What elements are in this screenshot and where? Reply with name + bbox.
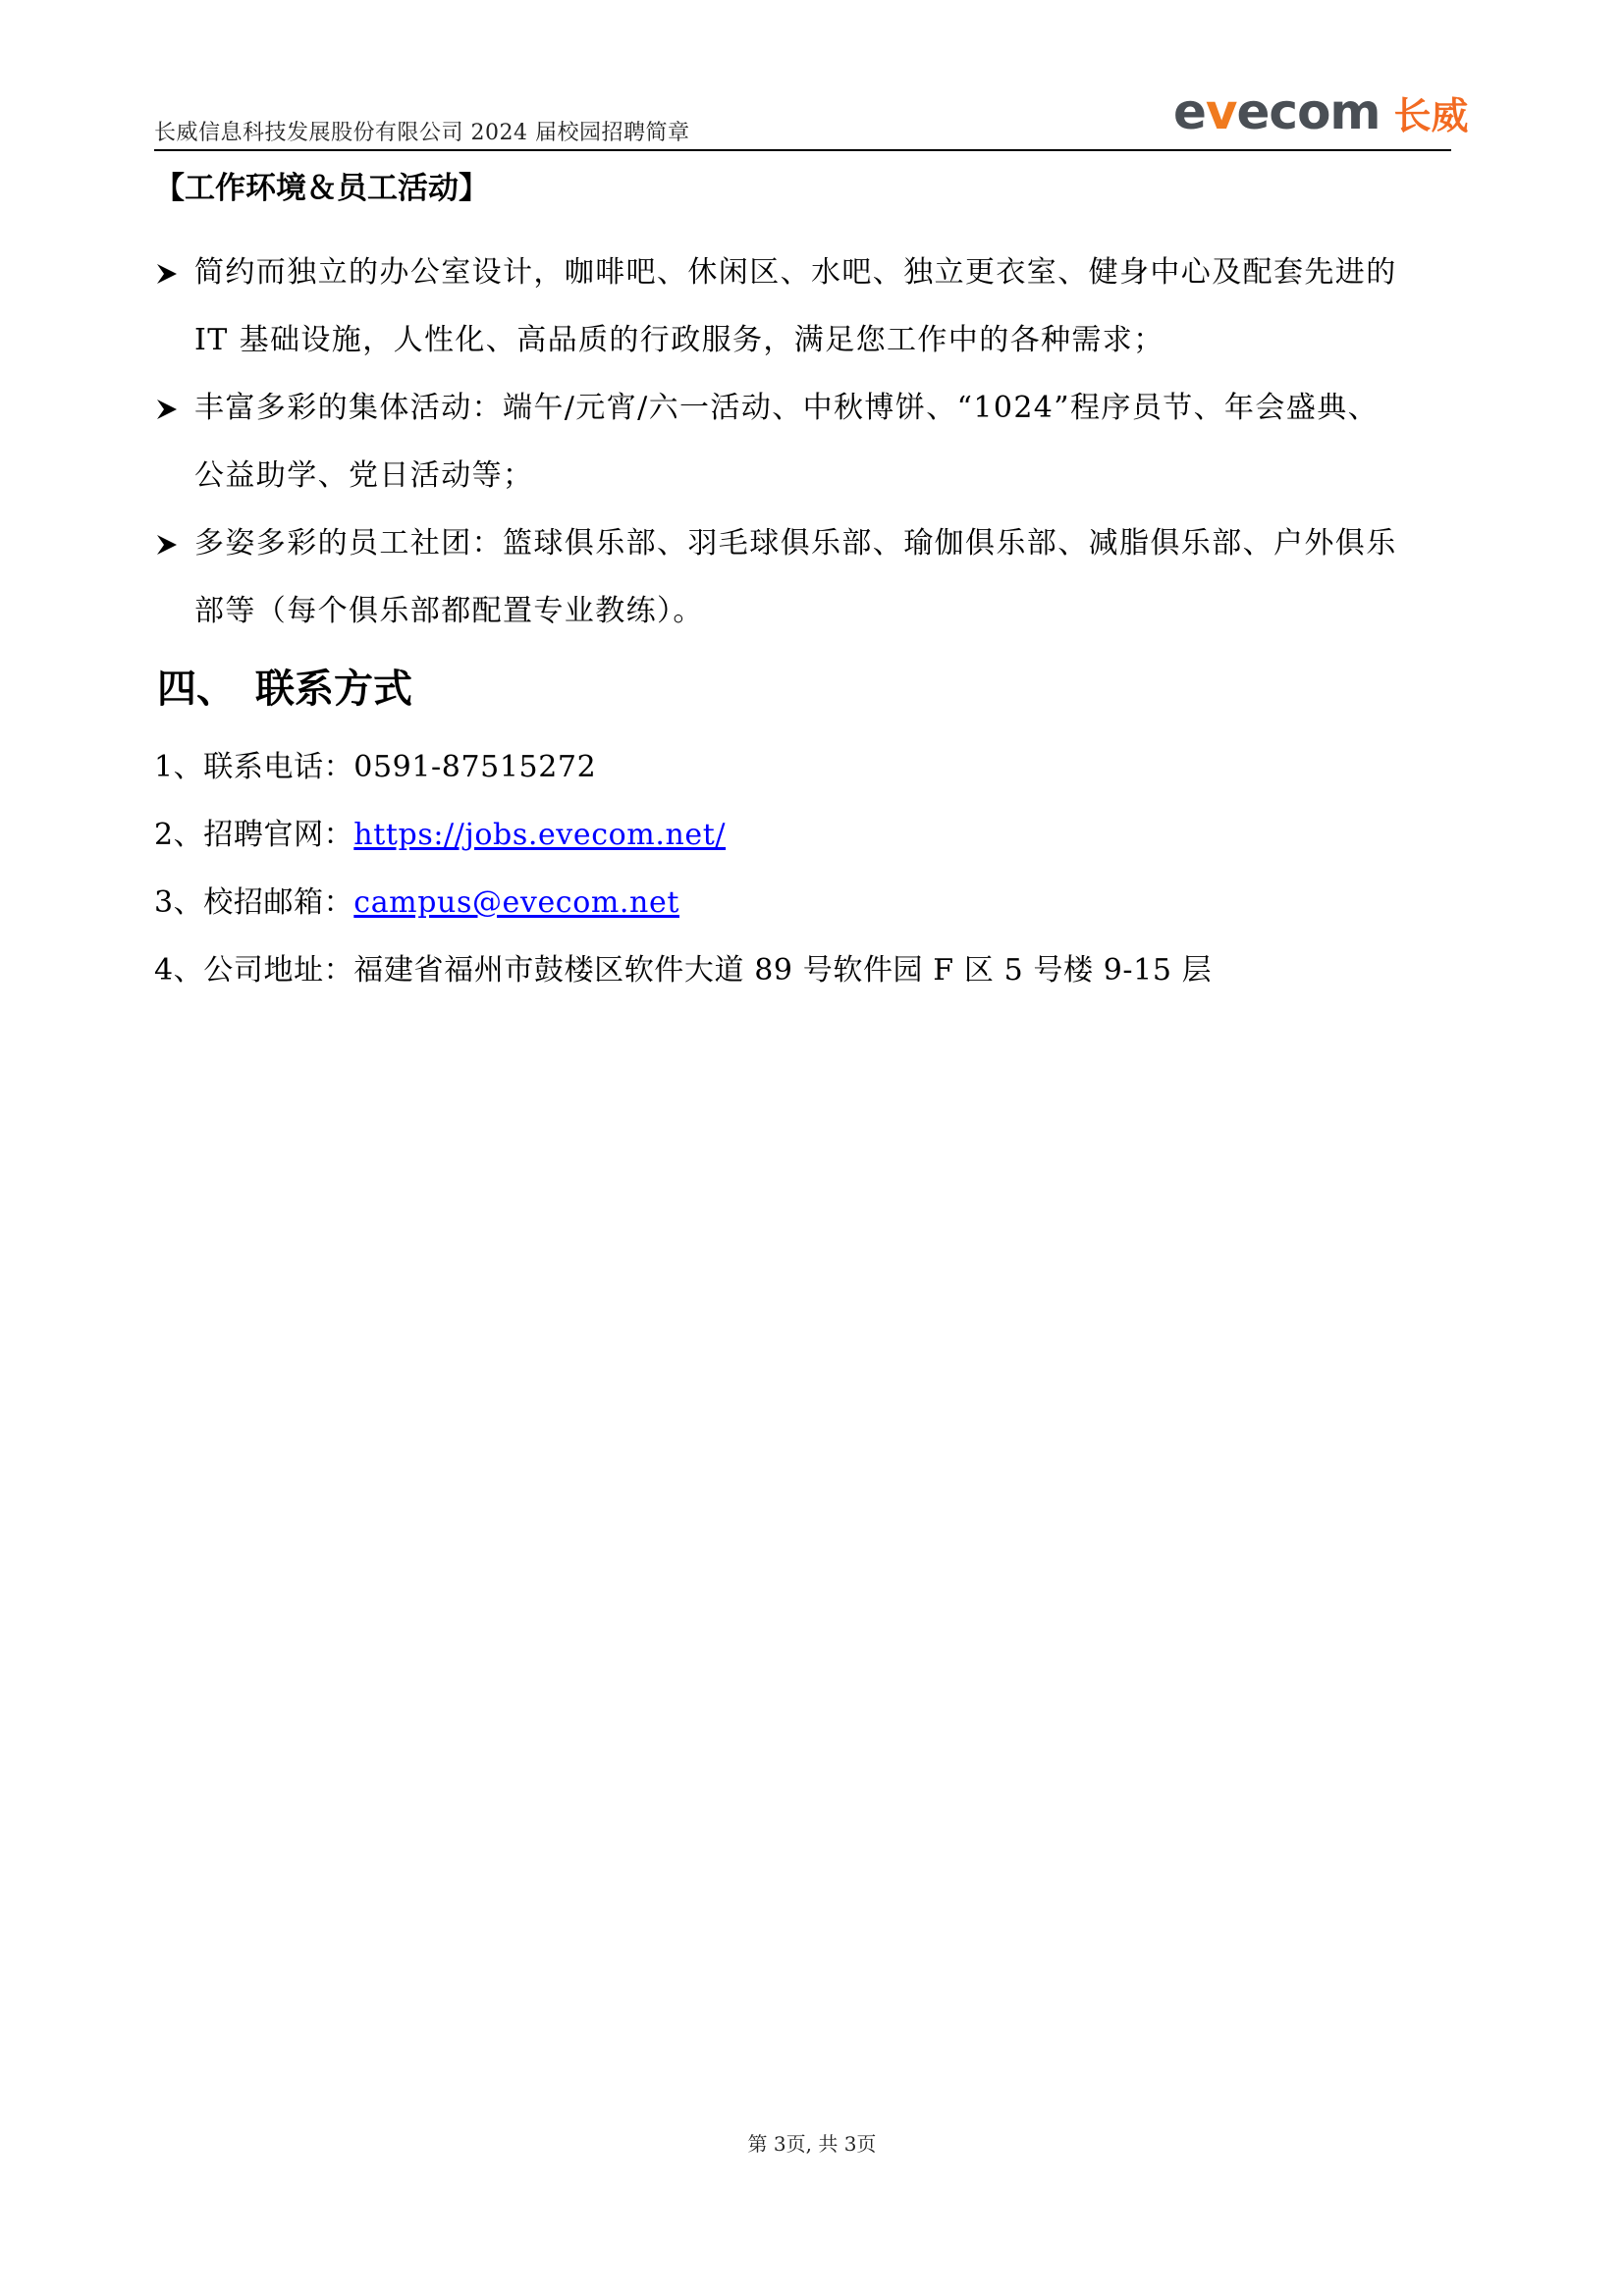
- section-number: 四、: [157, 658, 255, 714]
- bullet-item: 简约而独立的办公室设计，咖啡吧、休闲区、水吧、独立更衣室、健身中心及配套先进的 …: [154, 253, 1460, 389]
- contact-list: 1、联系电话：0591-87515272 2、招聘官网：https://jobs…: [154, 748, 1212, 1019]
- website-link[interactable]: https://jobs.evecom.net/: [353, 818, 726, 852]
- logo-wordmark: evecom: [1173, 83, 1380, 140]
- page-indicator: 第 3页, 共 3页: [0, 2128, 1624, 2157]
- bullet-item: 丰富多彩的集体活动：端午/元宵/六一活动、中秋博饼、“1024”程序员节、年会盛…: [154, 389, 1460, 524]
- bullet-text: 多姿多彩的员工社团：篮球俱乐部、羽毛球俱乐部、瑜伽俱乐部、减脂俱乐部、户外俱乐: [194, 524, 1397, 563]
- header-divider: [154, 149, 1451, 151]
- subsection-heading: 【工作环境＆员工活动】: [154, 163, 489, 207]
- email-link[interactable]: campus@evecom.net: [353, 885, 679, 920]
- arrow-bullet-icon: [156, 534, 178, 556]
- address-value: 福建省福州市鼓楼区软件大道 89 号软件园 F 区 5 号楼 9-15 层: [353, 953, 1212, 988]
- contact-website: 2、招聘官网：https://jobs.evecom.net/: [154, 816, 1212, 883]
- contact-label: 2、招聘官网：: [154, 818, 353, 852]
- bullet-item: 多姿多彩的员工社团：篮球俱乐部、羽毛球俱乐部、瑜伽俱乐部、减脂俱乐部、户外俱乐 …: [154, 524, 1460, 660]
- bullet-text: 公益助学、党日活动等；: [194, 456, 533, 496]
- contact-email: 3、校招邮箱：campus@evecom.net: [154, 883, 1212, 951]
- arrow-bullet-icon: [156, 399, 178, 420]
- arrow-bullet-icon: [156, 263, 178, 285]
- contact-label: 4、公司地址：: [154, 953, 353, 988]
- contact-address: 4、公司地址：福建省福州市鼓楼区软件大道 89 号软件园 F 区 5 号楼 9-…: [154, 951, 1212, 1019]
- document-header-title: 长威信息科技发展股份有限公司 2024 届校园招聘简章: [154, 116, 689, 146]
- contact-label: 3、校招邮箱：: [154, 885, 353, 920]
- logo-chinese-name: 长威: [1394, 85, 1469, 139]
- company-logo: evecom 长威: [1173, 86, 1469, 137]
- section-heading: 四、联系方式: [157, 658, 412, 714]
- phone-value: 0591-87515272: [353, 750, 596, 784]
- bullet-text: IT 基础设施，人性化、高品质的行政服务，满足您工作中的各种需求；: [194, 321, 1164, 360]
- bullet-list: 简约而独立的办公室设计，咖啡吧、休闲区、水吧、独立更衣室、健身中心及配套先进的 …: [154, 253, 1460, 660]
- bullet-text: 丰富多彩的集体活动：端午/元宵/六一活动、中秋博饼、“1024”程序员节、年会盛…: [194, 389, 1379, 428]
- contact-phone: 1、联系电话：0591-87515272: [154, 748, 1212, 816]
- bullet-text: 部等（每个俱乐部都配置专业教练）。: [194, 592, 704, 631]
- section-title: 联系方式: [255, 667, 412, 712]
- contact-label: 1、联系电话：: [154, 750, 353, 784]
- bullet-text: 简约而独立的办公室设计，咖啡吧、休闲区、水吧、独立更衣室、健身中心及配套先进的: [194, 253, 1397, 293]
